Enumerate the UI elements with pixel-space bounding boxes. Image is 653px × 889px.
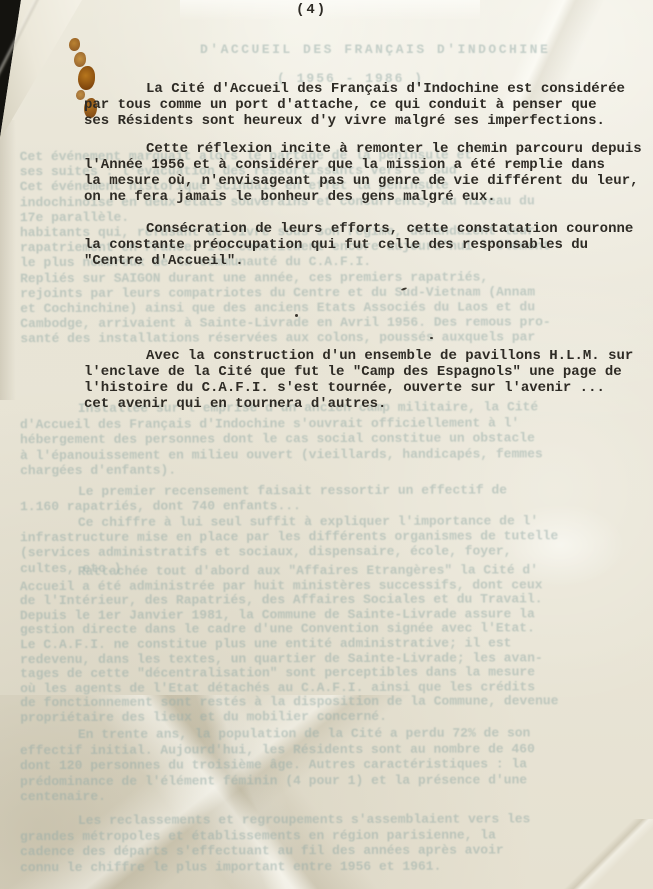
- ghost-heading: D'ACCUEIL DES FRANÇAIS D'INDOCHINE: [200, 42, 550, 57]
- scanned-document-page: D'ACCUEIL DES FRANÇAIS D'INDOCHINE ( 195…: [0, 0, 653, 889]
- text-line: cet avenir qui en tournera d'autres.: [84, 396, 653, 412]
- text-line: chargées d'enfants).: [20, 461, 653, 479]
- text-line: l'histoire du C.A.F.I. s'est tournée, ou…: [84, 380, 653, 396]
- text-line: Avec la construction d'un ensemble de pa…: [84, 348, 653, 364]
- ghost-text-block: Les reclassements et regroupements s'ass…: [20, 811, 653, 875]
- text-line: infrastructure mise en place par les dif…: [20, 528, 653, 546]
- ink-speck: [295, 314, 298, 317]
- paragraph: La Cité d'Accueil des Français d'Indochi…: [84, 81, 653, 129]
- left-edge-shadow: [0, 120, 16, 400]
- text-line: 1.160 rapatriés, dont 740 enfants...: [20, 497, 653, 515]
- paragraph: Cette réflexion incite à remonter le che…: [84, 141, 653, 205]
- page-number: (4): [296, 2, 327, 18]
- text-line: "Centre d'Accueil".: [84, 253, 653, 269]
- text-line: ses Résidents sont heureux d'y vivre mal…: [84, 113, 653, 129]
- ghost-text-block: En trente ans, la population de la Cité …: [20, 725, 653, 805]
- text-line: on ne fera jamais le bonheur des gens ma…: [84, 189, 653, 205]
- text-line: La Cité d'Accueil des Français d'Indochi…: [84, 81, 653, 97]
- text-line: connu le chiffre le plus important entre…: [20, 857, 653, 875]
- text-line: Cette réflexion incite à remonter le che…: [84, 141, 653, 157]
- text-line: Consécration de leurs efforts, cette con…: [84, 221, 653, 237]
- paper-sheet: D'ACCUEIL DES FRANÇAIS D'INDOCHINE ( 195…: [0, 0, 653, 889]
- paragraph: Consécration de leurs efforts, cette con…: [84, 221, 653, 269]
- text-line: centenaire.: [20, 787, 653, 805]
- text-line: l'Année 1956 et à considérer que la miss…: [84, 157, 653, 173]
- text-line: par tous comme un port d'attache, ce qui…: [84, 97, 653, 113]
- text-line: propriétaire des lieux et du mobilier co…: [20, 709, 653, 726]
- top-edge-highlight: [180, 0, 480, 26]
- ghost-text-block: Rattachée tout d'abord aux "Affaires Etr…: [20, 563, 653, 726]
- text-line: santé des installations réservées aux co…: [20, 329, 653, 347]
- text-line: l'enclave de la Cité que fut le "Camp de…: [84, 364, 653, 380]
- ink-speck: [430, 337, 433, 339]
- text-line: la constante préoccupation qui fut celle…: [84, 237, 653, 253]
- paragraph: Avec la construction d'un ensemble de pa…: [84, 348, 653, 412]
- text-line: la mesure où, n'envisageant pas un genre…: [84, 173, 653, 189]
- ghost-text-block: Le premier recensement faisait ressortir…: [20, 482, 653, 515]
